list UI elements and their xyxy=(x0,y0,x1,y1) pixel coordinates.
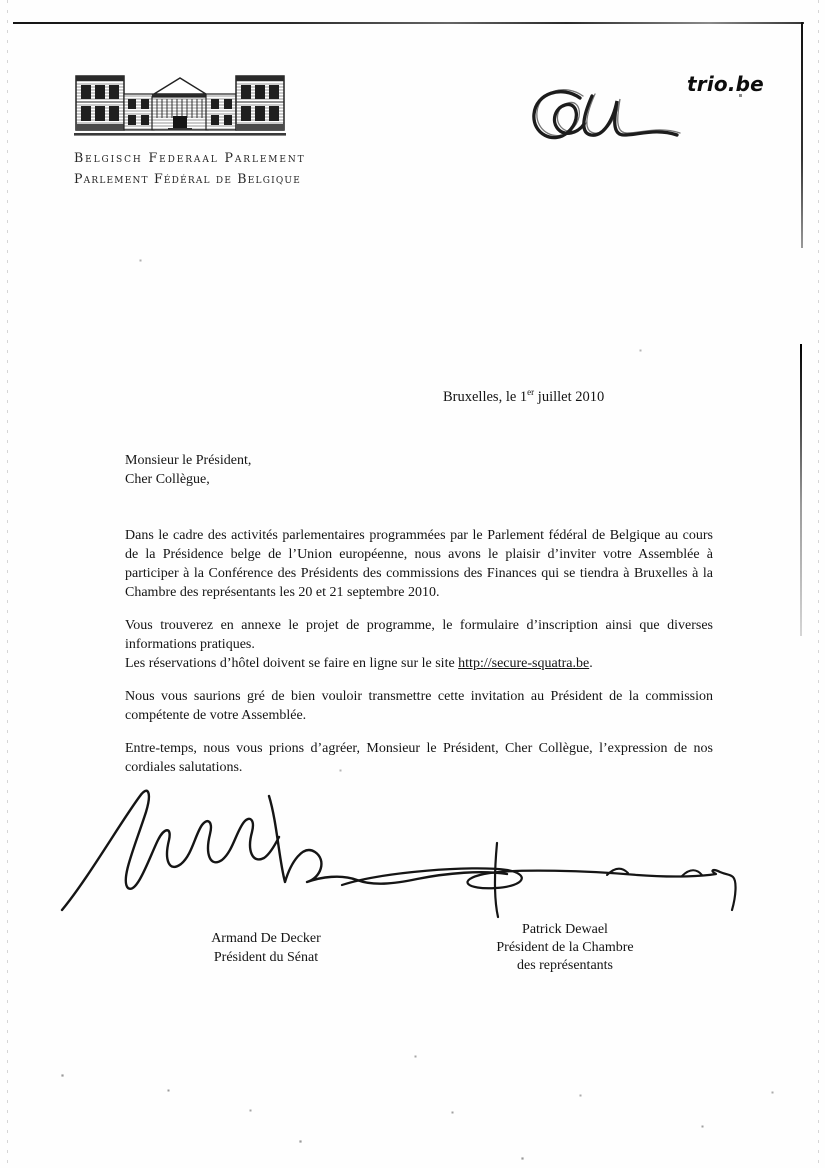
org-name-dutch: Belgisch Federaal Parlement xyxy=(74,150,290,165)
hotel-reservation-link[interactable]: http://secure-squatra.be xyxy=(458,656,589,671)
scan-edge-right-upper xyxy=(801,22,803,248)
paragraph-invitation: Dans le cadre des activités parlementair… xyxy=(125,526,713,602)
hotel-line-prefix: Les réservations d’hôtel doivent se fair… xyxy=(125,656,458,671)
senate-president-title: Président du Sénat xyxy=(166,948,366,967)
scan-edge-right-lower xyxy=(800,344,802,636)
parliament-building-icon xyxy=(74,68,286,138)
paragraph-transmit: Nous vous saurions gré de bien vouloir t… xyxy=(125,687,713,725)
scanned-letter-page: Belgisch Federaal Parlement Parlement Fé… xyxy=(0,0,825,1168)
org-name-french: Parlement Fédéral de Belgique xyxy=(74,171,290,186)
signature-block-senate: Armand De Decker Président du Sénat xyxy=(166,929,366,967)
chamber-president-name: Patrick Dewael xyxy=(450,921,680,939)
paragraph-closing: Entre-temps, nous vous prions d’agréer, … xyxy=(125,739,713,777)
salutation-line-1: Monsieur le Président, xyxy=(125,451,713,470)
scan-edge-top xyxy=(13,22,804,24)
salutation-line-2: Cher Collègue, xyxy=(125,470,713,489)
place-date-line: Bruxelles, le 1er juillet 2010 xyxy=(443,387,604,406)
signature-block-chamber: Patrick Dewael Président de la Chambre d… xyxy=(450,921,680,975)
letter-body: Monsieur le Président, Cher Collègue, Da… xyxy=(125,451,713,777)
letterhead: Belgisch Federaal Parlement Parlement Fé… xyxy=(74,68,290,186)
hotel-line-suffix: . xyxy=(589,656,593,671)
hotel-reservation-line: Les réservations d’hôtel doivent se fair… xyxy=(125,654,713,673)
chamber-president-title-line2: des représentants xyxy=(450,957,680,975)
scan-edge-left-dotted xyxy=(7,0,8,1168)
scan-edge-right-dotted xyxy=(818,0,819,1168)
senate-president-name: Armand De Decker xyxy=(166,929,366,948)
handwritten-signatures xyxy=(52,780,742,930)
date-suffix: juillet 2010 xyxy=(534,389,604,405)
trio-be-caption: trio.be xyxy=(687,72,764,96)
chamber-president-title-line1: Président de la Chambre xyxy=(450,939,680,957)
salutation: Monsieur le Président, Cher Collègue, xyxy=(125,451,713,489)
scan-noise xyxy=(0,0,1,1)
eu-script-icon xyxy=(520,84,690,152)
annexes-text: Vous trouverez en annexe le projet de pr… xyxy=(125,618,713,652)
paragraph-annexes: Vous trouverez en annexe le projet de pr… xyxy=(125,616,713,673)
date-prefix: Bruxelles, le 1 xyxy=(443,389,527,405)
